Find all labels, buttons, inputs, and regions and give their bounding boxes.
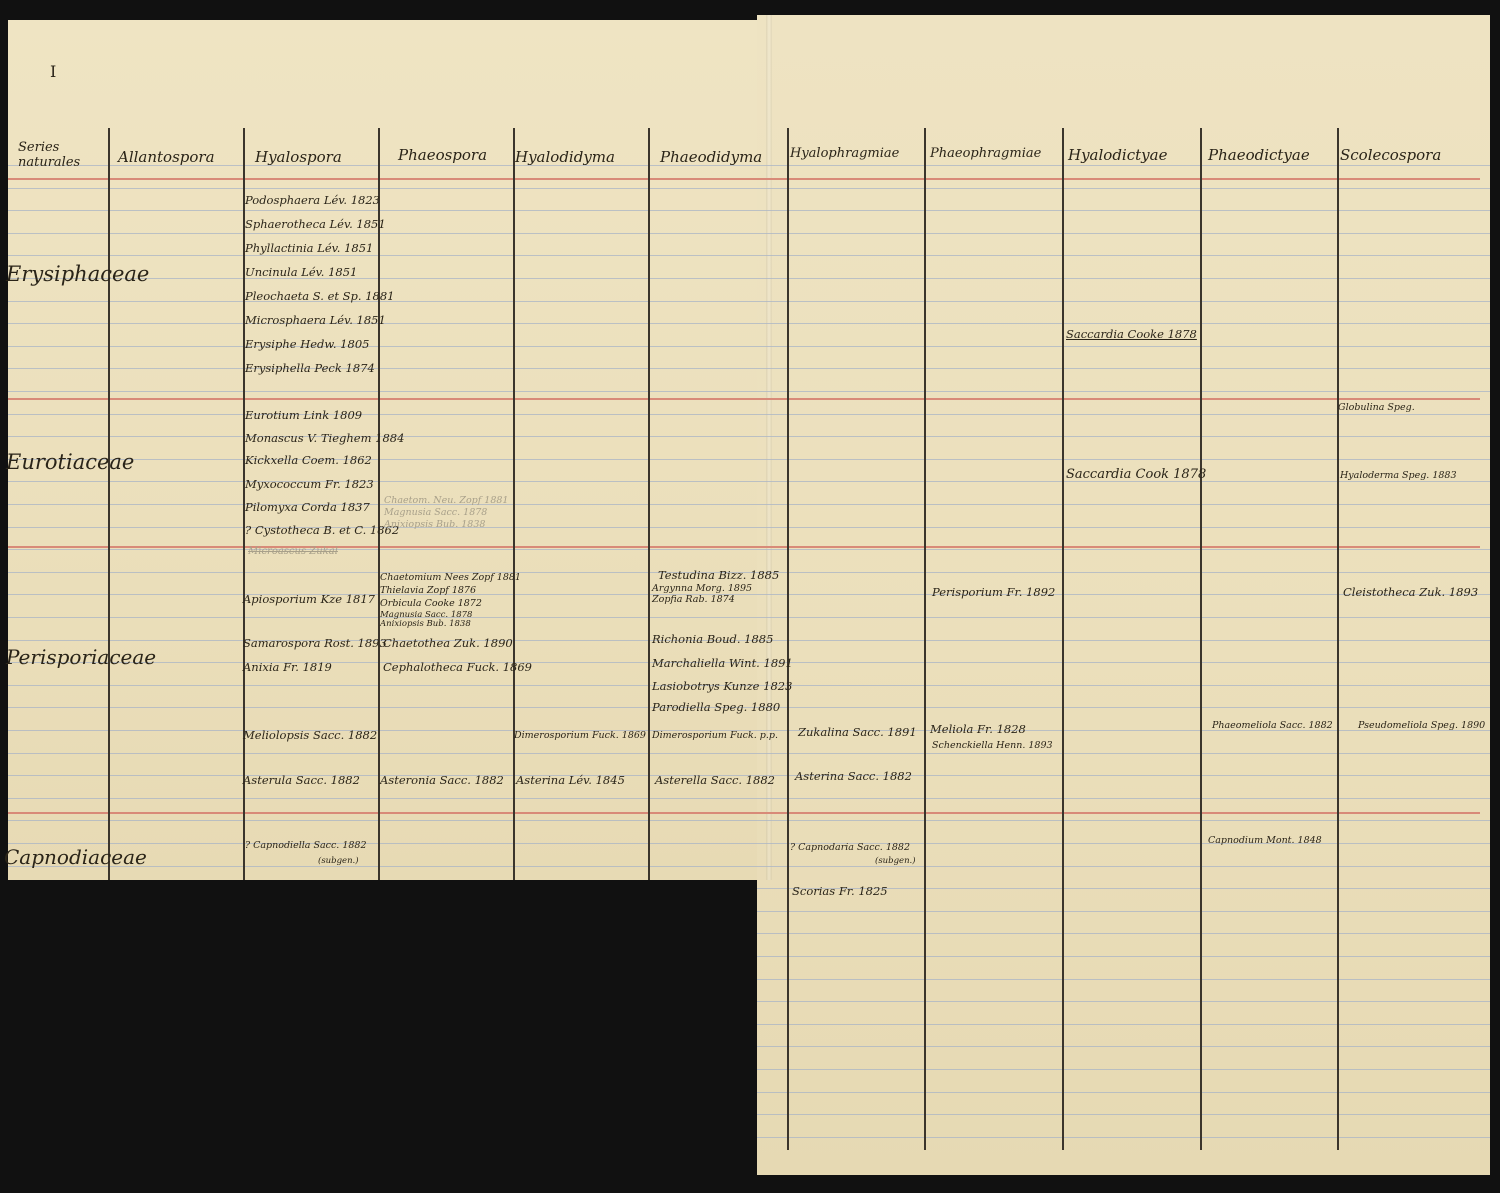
genus-entry: Cleistotheca Zuk. 1893 bbox=[1343, 585, 1478, 599]
ruled-line bbox=[757, 1069, 1490, 1070]
ruled-line bbox=[757, 1137, 1490, 1138]
ruled-line bbox=[8, 617, 1490, 618]
ruled-line bbox=[757, 1114, 1490, 1115]
genus-entry: Zukalina Sacc. 1891 bbox=[798, 725, 917, 739]
genus-entry: Dimerosporium Fuck. 1869 bbox=[514, 730, 646, 741]
genus-entry: Uncinula Lév. 1851 bbox=[245, 265, 357, 279]
genus-entry: Schenckiella Henn. 1893 bbox=[932, 740, 1053, 751]
section-rule bbox=[8, 546, 1480, 548]
genus-entry: ? Cystotheca B. et C. 1862 bbox=[245, 523, 399, 537]
genus-entry: Thielavia Zopf 1876 bbox=[380, 585, 476, 596]
header-hyalophragmiae: Hyalophragmiae bbox=[790, 146, 899, 161]
genus-entry: Richonia Boud. 1885 bbox=[652, 632, 773, 646]
ruled-line bbox=[8, 549, 1490, 550]
header-hyalospora: Hyalospora bbox=[255, 148, 342, 166]
ruled-line bbox=[8, 323, 1490, 324]
column-rule bbox=[648, 128, 650, 880]
genus-entry: Microsphaera Lév. 1851 bbox=[245, 313, 386, 327]
genus-entry: Anixiopsis Bub. 1838 bbox=[380, 619, 471, 629]
genus-entry: Testudina Bizz. 1885 bbox=[658, 568, 779, 582]
genus-entry: ? Capnodaria Sacc. 1882 bbox=[790, 842, 910, 853]
genus-entry: Samarospora Rost. 1893 bbox=[243, 636, 387, 650]
genus-entry: Meliolopsis Sacc. 1882 bbox=[243, 728, 377, 742]
header-phaeospora: Phaeospora bbox=[398, 146, 487, 164]
header-series-naturales: Series naturales bbox=[18, 140, 98, 170]
ruled-line bbox=[8, 753, 1490, 754]
column-rule bbox=[1062, 128, 1064, 1150]
family-perisporiaceae: Perisporiaceae bbox=[6, 645, 156, 669]
header-phaeophragmiae: Phaeophragmiae bbox=[930, 146, 1041, 161]
column-rule bbox=[787, 128, 789, 1150]
genus-entry: Erysiphella Peck 1874 bbox=[245, 361, 375, 375]
genus-entry: Zopfia Rab. 1874 bbox=[652, 594, 735, 605]
ruled-line bbox=[8, 368, 1490, 369]
family-eurotiaceae: Eurotiaceae bbox=[6, 450, 134, 474]
genus-entry: Anixiopsis Bub. 1838 bbox=[384, 519, 485, 530]
genus-entry: Chaetomium Nees Zopf 1881 bbox=[380, 572, 521, 583]
column-rule bbox=[108, 128, 110, 880]
ruled-line bbox=[8, 255, 1490, 256]
subgenus-note: (subgen.) bbox=[318, 856, 359, 866]
genus-entry: Globulina Speg. bbox=[1338, 402, 1415, 413]
genus-entry: Asteronia Sacc. 1882 bbox=[380, 773, 504, 787]
genus-entry: Orbicula Cooke 1872 bbox=[380, 598, 482, 609]
genus-entry: Asterula Sacc. 1882 bbox=[243, 773, 360, 787]
ruled-line bbox=[8, 346, 1490, 347]
genus-entry: Erysiphe Hedw. 1805 bbox=[245, 337, 369, 351]
genus-entry: Chaetom. Neu. Zopf 1881 bbox=[384, 495, 508, 506]
ruled-line bbox=[8, 210, 1490, 211]
genus-entry: Lasiobotrys Kunze 1823 bbox=[652, 679, 792, 693]
ruled-line bbox=[8, 278, 1490, 279]
ruled-line bbox=[8, 233, 1490, 234]
ruled-line bbox=[8, 866, 1490, 867]
ruled-line bbox=[757, 1046, 1490, 1047]
genus-entry: Magnusia Sacc. 1878 bbox=[384, 507, 487, 518]
column-rule bbox=[1337, 128, 1339, 1150]
column-rule bbox=[378, 128, 380, 880]
ruled-line bbox=[8, 481, 1490, 482]
genus-entry: Eurotium Link 1809 bbox=[245, 408, 362, 422]
column-rule bbox=[513, 128, 515, 880]
ruled-line bbox=[8, 798, 1490, 799]
family-erysiphaceae: Erysiphaceae bbox=[6, 262, 149, 286]
ruled-line bbox=[8, 436, 1490, 437]
struck-entry: Microascus Zukal bbox=[248, 546, 338, 557]
genus-entry: Marchaliella Wint. 1891 bbox=[652, 656, 793, 670]
column-rule bbox=[924, 128, 926, 1150]
genus-entry: Monascus V. Tieghem 1884 bbox=[245, 431, 404, 445]
genus-entry: Asterina Lév. 1845 bbox=[516, 773, 625, 787]
header-hyalodictyae: Hyalodictyae bbox=[1068, 146, 1167, 164]
header-hyalodidyma: Hyalodidyma bbox=[515, 148, 615, 166]
genus-entry: Parodiella Speg. 1880 bbox=[652, 700, 780, 714]
genus-entry: Saccardia Cook 1878 bbox=[1066, 467, 1206, 482]
genus-entry: Asterina Sacc. 1882 bbox=[795, 769, 912, 783]
genus-entry: Asterella Sacc. 1882 bbox=[655, 773, 775, 787]
column-rule bbox=[1200, 128, 1202, 1150]
genus-entry: Anixia Fr. 1819 bbox=[243, 660, 332, 674]
subgenus-note: (subgen.) bbox=[875, 856, 916, 866]
genus-entry: Phyllactinia Lév. 1851 bbox=[245, 241, 373, 255]
genus-entry: Kickxella Coem. 1862 bbox=[245, 453, 372, 467]
genus-entry: Pseudomeliola Speg. 1890 bbox=[1358, 720, 1485, 731]
ruled-line bbox=[757, 979, 1490, 980]
genus-entry: Scorias Fr. 1825 bbox=[792, 884, 888, 898]
genus-entry: Podosphaera Lév. 1823 bbox=[245, 193, 380, 207]
ruled-line bbox=[8, 459, 1490, 460]
ruled-line bbox=[757, 1024, 1490, 1025]
genus-entry: Chaetothea Zuk. 1890 bbox=[383, 636, 513, 650]
page-marker: I bbox=[50, 62, 56, 81]
section-rule bbox=[8, 398, 1480, 400]
genus-entry: Sphaerotheca Lév. 1851 bbox=[245, 217, 386, 231]
header-scolecospora: Scolecospora bbox=[1340, 146, 1441, 164]
ruled-line bbox=[757, 911, 1490, 912]
genus-entry: Argynna Morg. 1895 bbox=[652, 583, 752, 594]
genus-entry: Pleochaeta S. et Sp. 1881 bbox=[245, 289, 394, 303]
genus-entry: Saccardia Cooke 1878 bbox=[1066, 327, 1197, 341]
genus-entry: Hyaloderma Speg. 1883 bbox=[1340, 470, 1457, 481]
center-fold bbox=[766, 15, 772, 880]
genus-entry: Myxococcum Fr. 1823 bbox=[245, 477, 374, 491]
family-capnodiaceae: Capnodiaceae bbox=[4, 845, 147, 869]
ruled-line bbox=[8, 504, 1490, 505]
section-rule bbox=[8, 178, 1480, 180]
ruled-line bbox=[8, 527, 1490, 528]
genus-entry: Dimerosporium Fuck. p.p. bbox=[652, 730, 778, 741]
genus-entry: ? Capnodiella Sacc. 1882 bbox=[245, 840, 367, 851]
header-phaeodidyma: Phaeodidyma bbox=[660, 148, 762, 166]
header-allantospora: Allantospora bbox=[118, 148, 215, 166]
genus-entry: Capnodium Mont. 1848 bbox=[1208, 835, 1322, 846]
ruled-line bbox=[8, 820, 1490, 821]
genus-entry: Perisporium Fr. 1892 bbox=[932, 585, 1055, 599]
section-rule bbox=[8, 812, 1480, 814]
genus-entry: Cephalotheca Fuck. 1869 bbox=[383, 660, 532, 674]
ruled-line bbox=[757, 933, 1490, 934]
ruled-line bbox=[8, 594, 1490, 595]
ruled-line bbox=[8, 188, 1490, 189]
header-phaeodictyae: Phaeodictyae bbox=[1208, 146, 1310, 164]
ruled-line bbox=[8, 301, 1490, 302]
genus-entry: Apiosporium Kze 1817 bbox=[243, 592, 375, 606]
ruled-line bbox=[8, 391, 1490, 392]
genus-entry: Meliola Fr. 1828 bbox=[930, 722, 1026, 736]
genus-entry: Phaeomeliola Sacc. 1882 bbox=[1212, 720, 1333, 731]
ruled-line bbox=[757, 1001, 1490, 1002]
ruled-line bbox=[8, 414, 1490, 415]
ruled-line bbox=[757, 956, 1490, 957]
genus-entry: Pilomyxa Corda 1837 bbox=[245, 500, 370, 514]
ruled-line bbox=[757, 1092, 1490, 1093]
